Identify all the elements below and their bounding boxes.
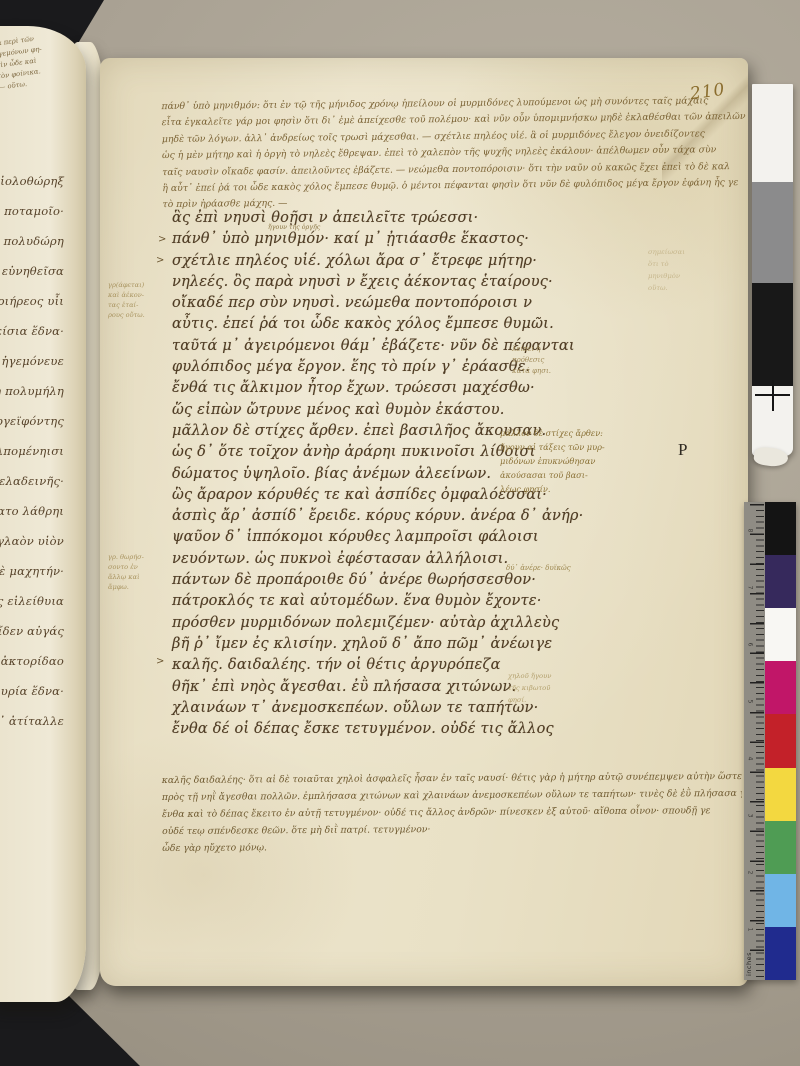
line-end-fragment: ἠδὲ μαχητήν· xyxy=(0,564,70,594)
verse-line: ἃς ἐπὶ νηυσὶ θοῇσι ν ἀπειλεῖτε τρώεσσι· xyxy=(172,208,592,229)
margin-note-right-single: δύ᾽ ἀνέρε· δυϊκῶς xyxy=(506,564,571,572)
line-end-fragment: καλὴ πολυδώρη xyxy=(0,234,70,264)
ruler-number: 1 xyxy=(722,924,779,936)
margin-note-line: καὶ ἀέκον- xyxy=(108,290,145,300)
line-end-text: μένος ἀκτορίδαο xyxy=(0,654,64,668)
margin-note-line: φησί. xyxy=(508,694,551,706)
grayscale-patch xyxy=(752,283,793,386)
margin-note-left-upper: γρ(άφεται)καὶ ἀέκον-τας ἑταί-ρους οὕτω. xyxy=(108,280,145,320)
line-end-fragment: θεῷ εὐνηθεῖσα xyxy=(0,264,70,294)
margin-note-line: οὕτω. xyxy=(648,282,685,294)
line-end-text: ἀργεϊφόντης xyxy=(0,414,64,428)
line-end-fragment: περιήρεος υἷι xyxy=(0,294,70,324)
line-end-fragment: ος εἰλείθυια xyxy=(0,594,70,624)
verse-line: ἀσπὶς ἄρ᾽ ἀσπίδ᾽ ἔρειδε. κόρυς κόρυν. ἀν… xyxy=(172,506,592,527)
margin-note-line: ἄμφω. xyxy=(108,582,144,592)
previous-folio-page: τὰ περὶ τῶνἡγεμόνων φη-σὶν ὧδε καὶτὸν φο… xyxy=(0,26,86,1002)
line-end-fragment: καλὴ πολυμήλη xyxy=(0,384,70,414)
line-end-text: ιος ἡγεμόνευε xyxy=(0,354,64,368)
line-end-fragment: κελαδεινῆς· xyxy=(0,474,70,504)
margin-note-line: ἀκούσασαι τοῦ βασι- xyxy=(500,468,605,482)
line-end-fragment: ος ποταμοῖο· xyxy=(0,204,70,234)
verse-line: ψαῦον δ᾽ ἱππόκομοι κόρυθες λαμπροῖσι φάλ… xyxy=(172,527,592,548)
line-end-text: λέξατο λάθρηι xyxy=(0,504,64,518)
verse-line: οἴκαδέ περ σὺν νηυσὶ. νεώμεθα ποντοπόροι… xyxy=(172,293,592,314)
margin-note-line: σοντο ἐν xyxy=(108,562,144,572)
line-end-fragment: ιος αἰολοθώρηξ xyxy=(0,174,70,204)
color-patch xyxy=(765,608,796,661)
ruler-number: 6 xyxy=(722,639,779,651)
previous-folio-scholia: τὰ περὶ τῶνἡγεμόνων φη-σὶν ὧδε καὶτὸν φο… xyxy=(0,30,77,130)
previous-folio-line-ends: ιος αἰολοθώρηξ ος ποταμοῖο· καλὴ πολυδώρ… xyxy=(0,174,70,774)
margin-note-line: ὅτι τὸ xyxy=(648,258,685,270)
line-end-text: ἀπερείσια ἕδνα· xyxy=(0,324,64,338)
margin-scholion-right: μᾶλλον δὲ στίχες ἄρθεν:ἤγουν αἱ τάξεις τ… xyxy=(500,426,605,496)
line-end-fragment: ἀπερείσια ἕδνα· xyxy=(0,324,70,354)
verse-line: πάτροκλός τε καὶ αὐτομέδων. ἕνα θυμὸν ἔχ… xyxy=(172,591,592,612)
margin-note-line: πρόθεσις xyxy=(512,355,551,366)
verse-line: νηλεές. ὃς παρὰ νηυσὶ ν ἔχεις ἀέκοντας ἑ… xyxy=(172,272,592,293)
margin-note-line: σημείωσαι xyxy=(648,246,685,258)
margin-note-line: λέως φησίν. xyxy=(500,482,605,496)
line-end-text: μελπομένηισι xyxy=(0,444,64,458)
verse-line: πρόσθεν μυρμιδόνων πολεμιζέμεν· αὐτὰρ ἀχ… xyxy=(172,613,592,634)
color-calibration-bar: 87654321 inches xyxy=(744,502,796,980)
ruler-numbers: 87654321 xyxy=(744,502,756,958)
verse-line: βῆ ῥ᾽ ἴμεν ἐς κλισίην. χηλοῦ δ᾽ ἄπο πῶμ᾽… xyxy=(172,634,592,655)
ruler-number: 4 xyxy=(722,753,779,765)
line-end-fragment: ιος ἡγεμόνευε xyxy=(0,354,70,384)
line-end-fragment: ἀγλαὸν υἱὸν xyxy=(0,534,70,564)
margin-note-line: ρους οὕτω. xyxy=(108,310,145,320)
margin-note-line: κατά φησι. xyxy=(512,366,551,377)
line-end-text: ιος αἰολοθώρηξ xyxy=(0,174,64,188)
margin-note-line: λείπει ἡ xyxy=(512,344,551,355)
ruler-number: 8 xyxy=(722,525,779,537)
verse-line: ἔνθά τις ἄλκιμον ἦτορ ἔχων. τρώεσσι μαχέ… xyxy=(172,378,592,399)
margin-note-line: γρ. θωρήσ- xyxy=(108,552,144,562)
line-end-text: καλὴ πολυδώρη xyxy=(0,234,64,248)
margin-note-line: ἤγουν αἱ τάξεις τῶν μυρ- xyxy=(500,440,605,454)
line-end-text: πόρε μυρία ἕδνα· xyxy=(0,684,64,698)
top-scholia-block: πάνθ᾽ ὑπὸ μηνιθμόν: ὅτι ἐν τῷ τῆς μήνιδο… xyxy=(161,93,748,214)
diple-mark: > xyxy=(156,656,164,667)
pencil-mark-p: P xyxy=(678,440,687,460)
diple-mark: > xyxy=(156,255,164,266)
margin-note-right-lower: χηλοῦ ἤγουντῆς κιβωτοῦφησί. xyxy=(508,670,551,706)
verse-line: σχέτλιε πηλέος υἱέ. χόλωι ἄρα σ᾽ ἔτρεφε … xyxy=(172,251,592,272)
margin-note-line: τας ἑταί- xyxy=(108,300,145,310)
line-end-fragment: ἀργεϊφόντης xyxy=(0,414,70,444)
margin-note-line: μιδόνων ἐπυκνώθησαν xyxy=(500,454,605,468)
ruler-unit-label: inches xyxy=(745,952,753,976)
margin-note-line: χηλοῦ ἤγουν xyxy=(508,670,551,682)
verse-line: ἔνθα δέ οἱ δέπας ἔσκε τετυγμένον. οὐδέ τ… xyxy=(172,719,592,740)
line-end-fragment: ἴδεν αὐγάς xyxy=(0,624,70,654)
margin-note-right-upper: λείπει ἡπρόθεσιςκατά φησι. xyxy=(512,344,551,377)
color-patches xyxy=(765,502,796,980)
margin-note-left-lower: γρ. θωρήσ-σοντο ἐνἄλλῳ καὶἄμφω. xyxy=(108,552,144,592)
line-end-text: ἴδεν αὐγάς xyxy=(0,624,64,638)
verse-line: ὥς εἰπὼν ὤτρυνε μένος καὶ θυμὸν ἑκάστου. xyxy=(172,400,592,421)
scholia-line: ὧδε γὰρ ηὔχετο μόνῳ. xyxy=(162,836,742,857)
line-end-text: ος εἰλείθυια xyxy=(0,594,64,608)
manuscript-folio: 210 πάνθ᾽ ὑπὸ μηνιθμόν: ὅτι ἐν τῷ τῆς μή… xyxy=(100,58,748,986)
verse-line: αὖτις. ἐπεί ῥά τοι ὧδε κακὸς χόλος ἔμπεσ… xyxy=(172,314,592,335)
registration-cross-icon xyxy=(772,380,774,411)
margin-note-line: μᾶλλον δὲ στίχες ἄρθεν: xyxy=(500,426,605,440)
grayscale-patch xyxy=(752,84,793,182)
line-end-text: περιήρεος υἷι xyxy=(0,294,64,308)
margin-note-right-faint: σημείωσαιὅτι τὸμηνιθμὸνοὕτω. xyxy=(648,246,685,294)
verse-line: πάντων δὲ προπάροιθε δύ᾽ ἀνέρε θωρήσσεσθ… xyxy=(172,570,592,591)
verse-line: πάνθ᾽ ὑπὸ μηνιθμόν· καί μ᾽ ᾐτιάασθε ἕκασ… xyxy=(172,229,592,250)
margin-note-line: μηνιθμὸν xyxy=(648,270,685,282)
margin-note-line: ἄλλῳ καὶ xyxy=(108,572,144,582)
line-end-text: θεῷ εὐνηθεῖσα xyxy=(0,264,64,278)
line-end-text: ος ποταμοῖο· xyxy=(0,204,64,218)
color-patch xyxy=(765,874,796,927)
line-end-text: ἠδ᾽ ἀτίταλλε xyxy=(0,714,64,728)
ruler-number: 5 xyxy=(722,696,779,708)
line-end-text: καλὴ πολυμήλη xyxy=(0,384,64,398)
line-end-fragment: πόρε μυρία ἕδνα· xyxy=(0,684,70,714)
line-end-fragment: ἠδ᾽ ἀτίταλλε xyxy=(0,714,70,744)
margin-note-line: τῆς κιβωτοῦ xyxy=(508,682,551,694)
grayscale-patch xyxy=(752,182,793,283)
interlinear-gloss: ἤγουν τῆς ὀργῆς xyxy=(268,224,320,231)
line-end-fragment: μελπομένηισι xyxy=(0,444,70,474)
line-end-text: ἀγλαὸν υἱὸν xyxy=(0,534,64,548)
line-end-text: ἠδὲ μαχητήν· xyxy=(0,564,64,578)
line-end-fragment: μένος ἀκτορίδαο xyxy=(0,654,70,684)
margin-note-line: γρ(άφεται) xyxy=(108,280,145,290)
line-end-fragment: λέξατο λάθρηι xyxy=(0,504,70,534)
line-end-text: κελαδεινῆς· xyxy=(0,474,64,488)
bottom-scholia-block: καλῆς δαιδαλέης· ὅτι αἱ δὲ τοιαῦται χηλο… xyxy=(162,768,743,857)
ruler-number: 7 xyxy=(722,582,779,594)
inches-ruler: 87654321 inches xyxy=(744,502,765,980)
diple-mark: > xyxy=(158,234,166,245)
ruler-number: 2 xyxy=(722,867,779,879)
ruler-number: 3 xyxy=(722,810,779,822)
